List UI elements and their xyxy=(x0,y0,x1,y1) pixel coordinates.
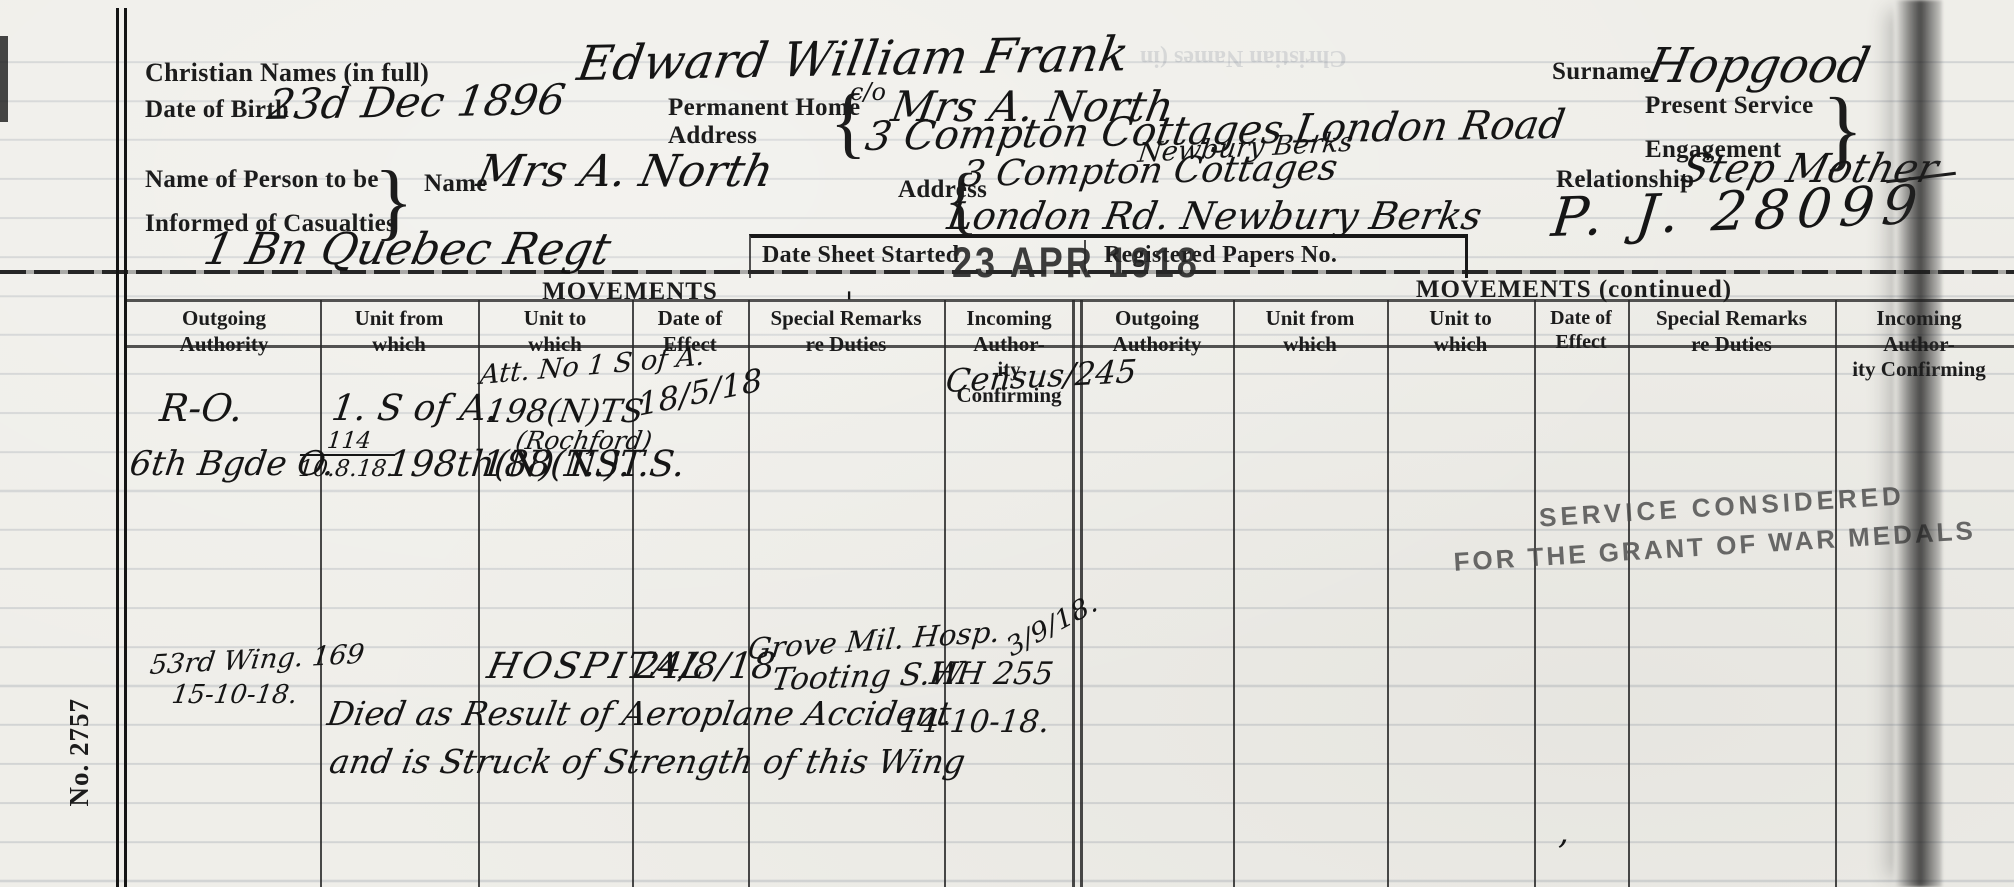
unit-note: 1 Bn Quebec Regt xyxy=(200,224,616,275)
entry-outgoing-authority: R-O. xyxy=(158,386,245,430)
col-header-line: Unit from xyxy=(326,306,472,332)
death-note-line2: and is Struck of Strength of this Wing xyxy=(327,742,969,781)
col-header-unit-to-2: Unit to which xyxy=(1393,306,1528,357)
col-header-line: Outgoing xyxy=(1087,306,1227,332)
col-header-line: Outgoing xyxy=(137,306,311,332)
entry-unit-to: 188(N.)T.S. xyxy=(480,444,687,485)
death-note-line1: Died as Result of Aeroplane Accident xyxy=(325,694,955,733)
service-record-sheet: Christian Names (in Christian Names (in … xyxy=(0,0,2014,887)
movements-title: MOVEMENTS xyxy=(480,278,780,306)
col-header-line: which xyxy=(1239,332,1381,358)
sheet-number: No. 2757 xyxy=(64,698,95,807)
col-header-line: re Duties xyxy=(1632,332,1831,358)
surname-label: Surname xyxy=(1552,58,1651,86)
entry-unit-to-line2: 198(N)TS xyxy=(483,392,646,430)
column-line xyxy=(1835,300,1837,887)
col-header-line: Incoming Author- xyxy=(946,306,1072,357)
col-header-date-of-effect-2: Date of Effect xyxy=(1538,306,1624,355)
page-fold-shadow xyxy=(1894,0,1942,887)
col-header-line: which xyxy=(326,332,472,358)
permanent-home-label-line1: Permanent Home xyxy=(668,94,860,122)
date-started-stamp: 23 APR 1918 xyxy=(952,238,1200,288)
casualty-address-line2: London Rd. Newbury Berks xyxy=(944,194,1485,238)
col-header-line: Date of xyxy=(1538,306,1624,330)
col-header-special-remarks-2: Special Remarks re Duties xyxy=(1632,306,1831,357)
col-header-line: Unit to xyxy=(484,306,626,332)
movements-continued-title: MOVEMENTS (continued) xyxy=(1404,276,1744,304)
entry-outgoing-fraction: 114 10.8.18. xyxy=(297,428,398,482)
col-header-unit-from: Unit from which xyxy=(326,306,472,357)
col-header-outgoing-authority-2: Outgoing Authority xyxy=(1087,306,1227,357)
stray-tick: ' xyxy=(845,286,853,321)
present-service-label: Present Service xyxy=(1645,92,1814,120)
surname-value: Hopgood xyxy=(1642,38,1875,94)
column-line xyxy=(632,300,634,887)
casualty-address-line1: 3 Compton Cottages xyxy=(959,147,1341,195)
col-header-line: Authority xyxy=(137,332,311,358)
entry-incoming-date: 3/9/18. xyxy=(1002,588,1102,663)
date-of-birth-value: 23d Dec 1896 xyxy=(264,75,569,129)
entry-incoming-authority: HH 255 xyxy=(927,656,1055,692)
entry-outgoing-authority-line1: 53rd Wing. 169 xyxy=(148,639,366,681)
col-header-line: Date of xyxy=(638,306,742,332)
col-header-unit-from-2: Unit from which xyxy=(1239,306,1381,357)
bleed-through-text: Christian Names (in xyxy=(1140,44,1347,71)
reference-number: P. J. 28099 xyxy=(1549,173,1929,249)
casualties-label-line1: Name of Person to be xyxy=(145,166,379,194)
entry-unit-from: 1. S of A. xyxy=(329,388,501,429)
column-line xyxy=(1628,300,1630,887)
column-line xyxy=(320,300,322,887)
col-header-line: re Duties xyxy=(752,332,940,358)
column-line xyxy=(1233,300,1235,887)
scan-edge-mark xyxy=(0,36,8,122)
death-note-date: 14-10-18. xyxy=(898,704,1051,740)
fraction-numerator: 114 xyxy=(300,428,398,456)
col-header-line: which xyxy=(1393,332,1528,358)
left-page-border-inner xyxy=(124,8,127,887)
entry-outgoing-authority-line2: 15-10-18. xyxy=(170,680,299,710)
left-page-border-outer xyxy=(116,8,119,887)
date-sheet-started-label: Date Sheet Started xyxy=(762,242,959,269)
column-line xyxy=(1534,300,1536,887)
stray-comma: , xyxy=(1558,812,1569,852)
casualty-name-value: Mrs A. North xyxy=(473,146,778,197)
column-line xyxy=(1387,300,1389,887)
permanent-home-co: c/o xyxy=(850,78,886,106)
col-header-line: Unit to xyxy=(1393,306,1528,332)
col-header-line: Effect xyxy=(1538,330,1624,354)
col-header-line: Unit from xyxy=(1239,306,1381,332)
col-header-line: Special Remarks xyxy=(1632,306,1831,332)
col-header-outgoing-authority: Outgoing Authority xyxy=(137,306,311,357)
fraction-denominator: 10.8.18. xyxy=(297,456,395,482)
